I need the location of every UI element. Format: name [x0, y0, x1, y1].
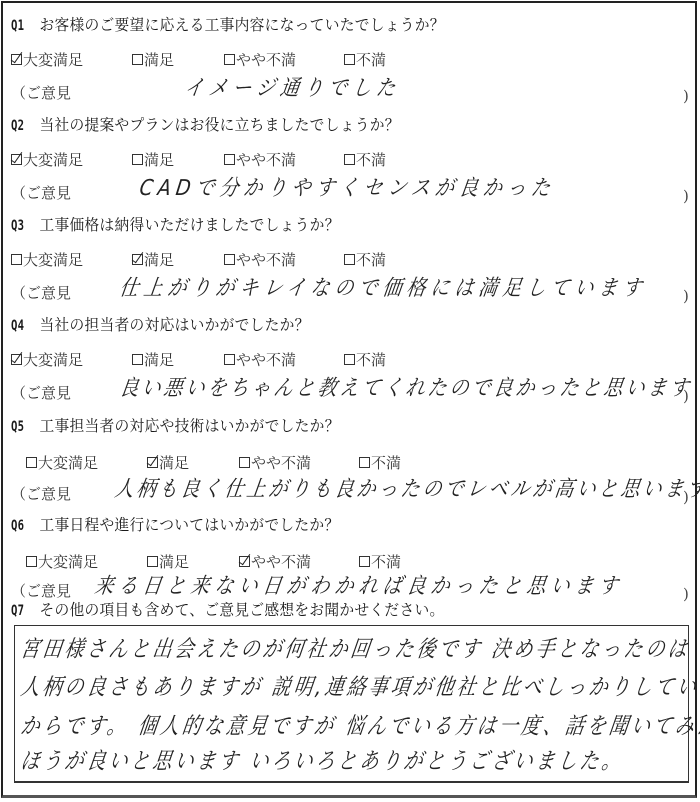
comment-label: （ご意見 [11, 182, 71, 203]
checkbox-icon[interactable] [359, 457, 370, 468]
checkbox-icon[interactable] [224, 254, 235, 265]
option-somewhat-dissatisfied[interactable]: やや不満 [224, 49, 296, 70]
comment-row: （ご意見 良い悪いをちゃんと教えてくれたので良かったと思います ) [0, 379, 700, 407]
handwritten-line: からです。 個人的な意見ですが 悩んでいる方は一度、話を聞いてみた [19, 708, 700, 740]
checkbox-icon[interactable] [147, 556, 158, 567]
question-number: Q5 [11, 419, 34, 435]
checkbox-checked-icon[interactable] [11, 54, 22, 65]
handwritten-comment[interactable]: 良い悪いをちゃんと教えてくれたので良かったと思います [118, 371, 694, 402]
option-satisfied[interactable]: 満足 [147, 452, 189, 473]
rating-options: 大変満足 満足 やや不満 不満 [0, 49, 700, 71]
question-number: Q3 [11, 218, 34, 234]
checkbox-icon[interactable] [132, 54, 143, 65]
question-title: Q7その他の項目も含めて、ご意見ご感想をお聞かせください。 [11, 598, 444, 620]
rating-options: 大変満足 満足 やや不満 不満 [0, 249, 700, 271]
handwritten-comment[interactable]: 仕上がりがキレイなので価格には満足しています [118, 271, 649, 302]
comment-label: （ご意見 [11, 382, 71, 403]
option-very-satisfied[interactable]: 大変満足 [11, 249, 83, 270]
comment-close-paren: ) [683, 585, 689, 603]
checkbox-checked-icon[interactable] [147, 457, 158, 468]
rating-options: 大変満足 満足 やや不満 不満 [0, 149, 700, 171]
question-title: Q5工事担当者の対応や技術はいかがでしたか？ [11, 414, 340, 436]
question-title: Q6工事日程や進行についてはいかがでしたか？ [11, 513, 339, 535]
question-title: Q4当社の担当者の対応はいかがでしたか？ [11, 313, 310, 335]
comment-label: （ご意見 [11, 82, 71, 103]
option-somewhat-dissatisfied[interactable]: やや不満 [224, 349, 296, 370]
checkbox-icon[interactable] [344, 154, 355, 165]
option-satisfied[interactable]: 満足 [132, 149, 174, 170]
handwritten-line: 人柄の良さもありますが 説明,連絡事項が他社と比べしっかりしていた [19, 669, 700, 701]
question-text: 工事価格は納得いただけましたでしょうか？ [40, 216, 340, 234]
option-dissatisfied[interactable]: 不満 [344, 49, 386, 70]
checkbox-icon[interactable] [224, 154, 235, 165]
option-dissatisfied[interactable]: 不満 [344, 349, 386, 370]
question-text: 当社の提案やプランはお役に立ちましたでしょうか？ [40, 116, 400, 134]
option-dissatisfied[interactable]: 不満 [359, 452, 401, 473]
checkbox-icon[interactable] [224, 54, 235, 65]
checkbox-icon[interactable] [11, 254, 22, 265]
checkbox-icon[interactable] [239, 457, 250, 468]
option-dissatisfied[interactable]: 不満 [344, 149, 386, 170]
handwritten-comment[interactable]: CADで分かりやすくセンスが良かった [138, 171, 558, 202]
option-dissatisfied[interactable]: 不満 [344, 249, 386, 270]
checkbox-icon[interactable] [26, 457, 37, 468]
option-very-satisfied[interactable]: 大変満足 [26, 551, 98, 572]
handwritten-comment[interactable]: イメージ通りでした [183, 71, 403, 102]
option-satisfied[interactable]: 満足 [132, 249, 174, 270]
comment-close-paren: ) [683, 287, 689, 305]
question-number: Q4 [11, 318, 34, 334]
option-very-satisfied[interactable]: 大変満足 [11, 49, 83, 70]
handwritten-line: ほうが良いと思います いろいろとありがとうございました。 [19, 743, 627, 775]
option-somewhat-dissatisfied[interactable]: やや不満 [224, 149, 296, 170]
checkbox-icon[interactable] [132, 154, 143, 165]
option-somewhat-dissatisfied[interactable]: やや不満 [224, 249, 296, 270]
question-title: Q2当社の提案やプランはお役に立ちましたでしょうか？ [11, 113, 400, 135]
comment-label: （ご意見 [11, 483, 71, 504]
question-number: Q1 [11, 18, 34, 34]
question-text: 工事担当者の対応や技術はいかがでしたか？ [40, 417, 340, 435]
comment-label: （ご意見 [11, 282, 71, 303]
checkbox-icon[interactable] [344, 54, 355, 65]
question-text: その他の項目も含めて、ご意見ご感想をお聞かせください。 [40, 601, 445, 619]
comment-close-paren: ) [683, 87, 689, 105]
checkbox-checked-icon[interactable] [11, 154, 22, 165]
handwritten-comment[interactable]: 来る日と来ない日がわかれば良かったと思います [93, 569, 625, 600]
question-number: Q6 [11, 518, 34, 534]
rating-options: 大変満足 満足 やや不満 不満 [0, 349, 700, 371]
checkbox-icon[interactable] [359, 556, 370, 567]
question-text: お客様のご要望に応える工事内容になっていたでしょうか？ [40, 16, 445, 34]
option-satisfied[interactable]: 満足 [132, 49, 174, 70]
rating-options: 大変満足 満足 やや不満 不満 [0, 452, 700, 474]
question-text: 当社の担当者の対応はいかがでしたか？ [40, 316, 310, 334]
checkbox-icon[interactable] [224, 354, 235, 365]
option-very-satisfied[interactable]: 大変満足 [11, 149, 83, 170]
option-satisfied[interactable]: 満足 [132, 349, 174, 370]
checkbox-checked-icon[interactable] [132, 254, 143, 265]
comment-close-paren: ) [683, 387, 689, 405]
checkbox-icon[interactable] [344, 354, 355, 365]
question-text: 工事日程や進行についてはいかがでしたか？ [40, 516, 340, 534]
comment-row: （ご意見 CADで分かりやすくセンスが良かった ) [0, 179, 700, 207]
question-title: Q1お客様のご要望に応える工事内容になっていたでしょうか？ [11, 13, 445, 35]
checkbox-icon[interactable] [26, 556, 37, 567]
checkbox-checked-icon[interactable] [11, 354, 22, 365]
comment-row: （ご意見 イメージ通りでした ) [0, 79, 700, 107]
checkbox-icon[interactable] [344, 254, 355, 265]
question-title: Q3工事価格は納得いただけましたでしょうか？ [11, 213, 340, 235]
comment-row: （ご意見 仕上がりがキレイなので価格には満足しています ) [0, 279, 700, 307]
comment-row: （ご意見 人柄も良く仕上がりも良かったのでレベルが高いと思います ) [0, 480, 700, 508]
handwritten-comment[interactable]: 人柄も良く仕上がりも良かったのでレベルが高いと思います [113, 472, 700, 503]
option-somewhat-dissatisfied[interactable]: やや不満 [239, 452, 311, 473]
question-number: Q7 [11, 603, 34, 619]
option-very-satisfied[interactable]: 大変満足 [11, 349, 83, 370]
checkbox-checked-icon[interactable] [239, 556, 250, 567]
question-number: Q2 [11, 118, 34, 134]
free-comment-box[interactable]: 宮田様さんと出会えたのが何社か回った後です 決め手となったのは 人柄の良さもあり… [14, 625, 689, 783]
handwritten-line: 宮田様さんと出会えたのが何社か回った後です 決め手となったのは [19, 631, 693, 663]
comment-close-paren: ) [683, 187, 689, 205]
option-very-satisfied[interactable]: 大変満足 [26, 452, 98, 473]
comment-close-paren: ) [683, 488, 689, 506]
checkbox-icon[interactable] [132, 354, 143, 365]
